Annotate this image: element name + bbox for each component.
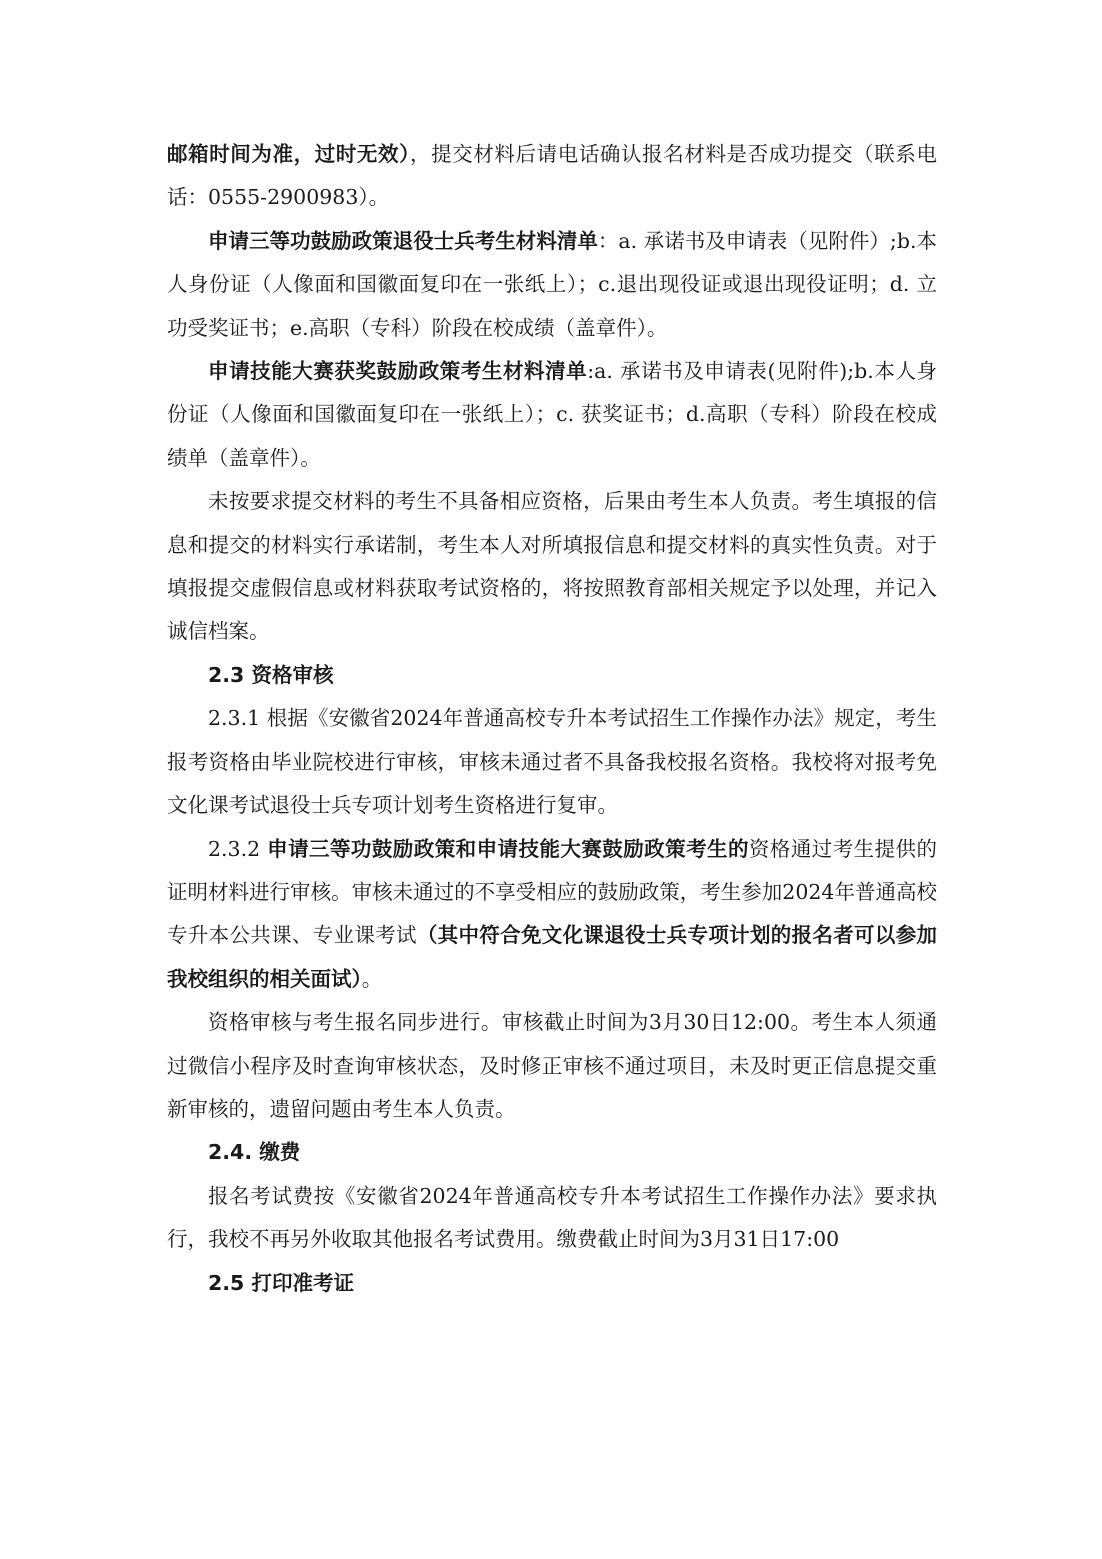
- bold-text: 申请三等功鼓励政策和申请技能大赛鼓励政策考生的: [267, 837, 749, 861]
- body-text: 。: [362, 967, 383, 991]
- bold-text: 申请技能大赛获奖鼓励政策考生材料清单: [208, 359, 587, 383]
- paragraph-fee: 报名考试费按《安徽省2024年普通高校专升本考试招生工作操作办法》要求执行，我校…: [167, 1175, 937, 1262]
- paragraph-2-3-2: 2.3.2 申请三等功鼓励政策和申请技能大赛鼓励政策考生的资格通过考生提供的证明…: [167, 828, 937, 1002]
- paragraph-contact: 邮箱时间为准，过时无效），提交材料后请电话确认报名材料是否成功提交（联系电话：0…: [167, 133, 937, 220]
- paragraph-commitment: 未按要求提交材料的考生不具备相应资格，后果由考生本人负责。考生填报的信息和提交的…: [167, 480, 937, 654]
- heading-2-3: 2.3 资格审核: [167, 654, 937, 697]
- bold-text: 邮箱时间为准，过时无效）: [167, 142, 410, 166]
- bold-text: 申请三等功鼓励政策退役士兵考生材料清单: [208, 229, 598, 253]
- paragraph-review-sync: 资格审核与考生报名同步进行。审核截止时间为3月30日12:00。考生本人须通过微…: [167, 1001, 937, 1131]
- paragraph-merit-materials: 申请三等功鼓励政策退役士兵考生材料清单：a. 承诺书及申请表（见附件）;b.本人…: [167, 220, 937, 350]
- paragraph-skill-materials: 申请技能大赛获奖鼓励政策考生材料清单:a. 承诺书及申请表(见附件);b.本人身…: [167, 350, 937, 480]
- section-number: 2.3.2: [208, 837, 267, 861]
- paragraph-2-3-1: 2.3.1 根据《安徽省2024年普通高校专升本考试招生工作操作办法》规定，考生…: [167, 697, 937, 827]
- heading-2-4: 2.4. 缴费: [167, 1131, 937, 1174]
- heading-2-5: 2.5 打印准考证: [167, 1262, 937, 1305]
- document-page: 邮箱时间为准，过时无效），提交材料后请电话确认报名材料是否成功提交（联系电话：0…: [167, 133, 937, 1305]
